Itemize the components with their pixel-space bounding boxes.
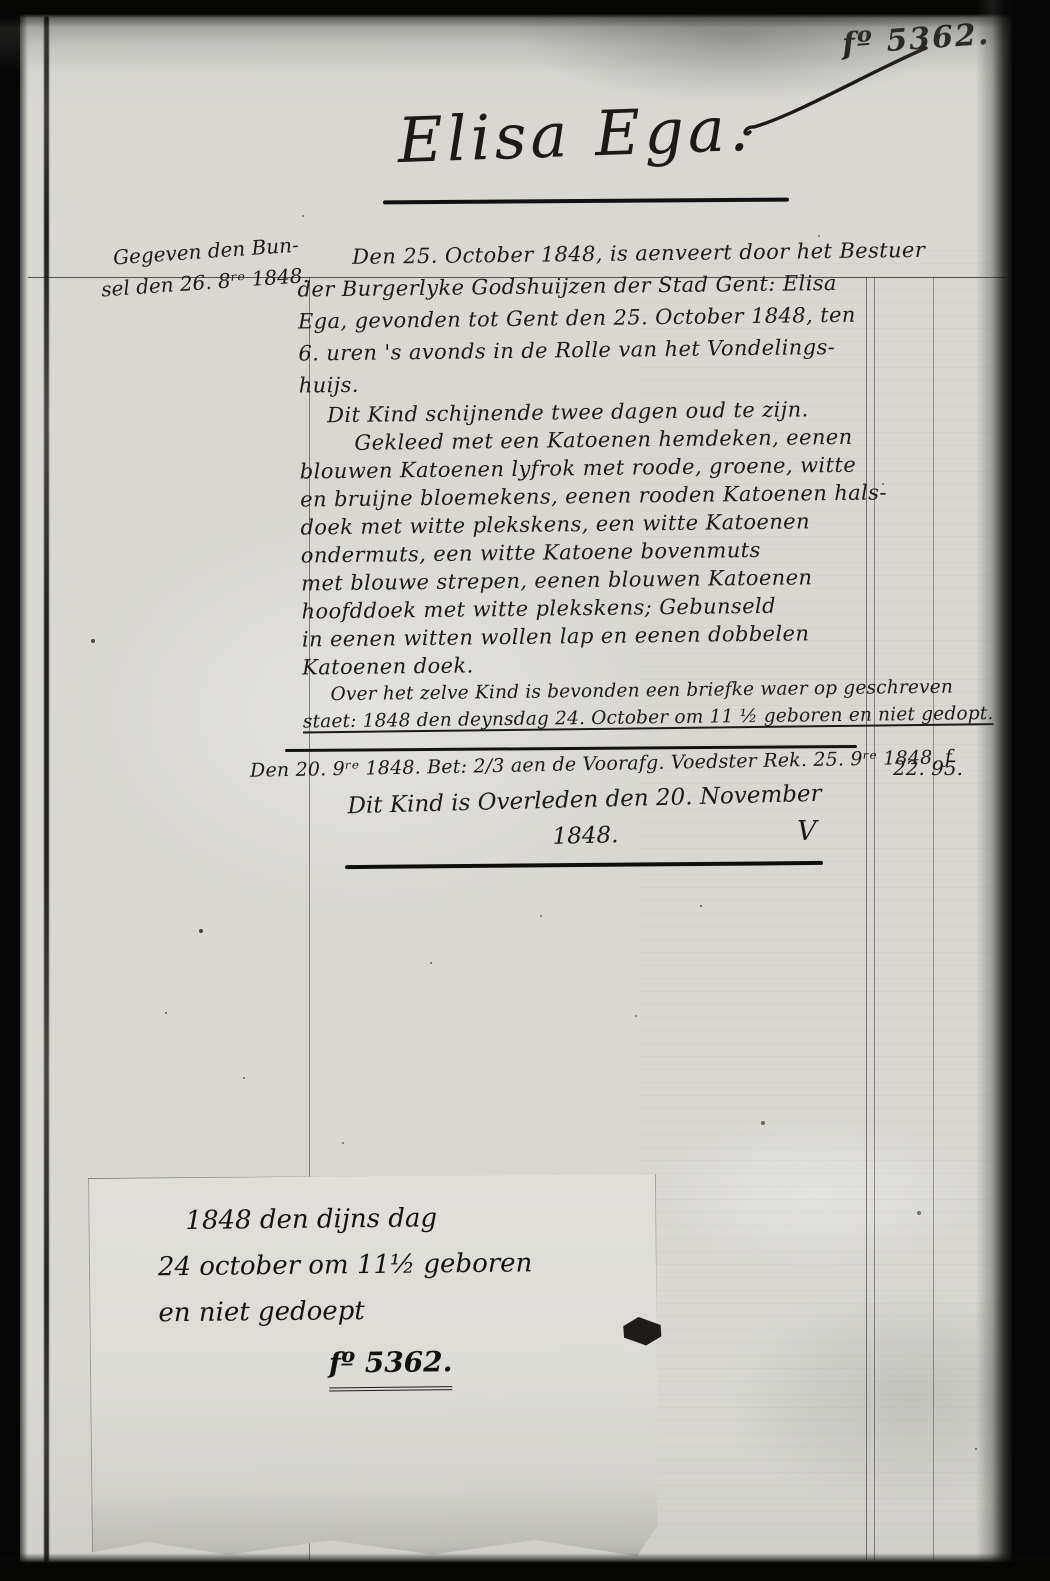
pasted-note: 1848 den dijns dag 24 october om 11½ geb… bbox=[88, 1172, 660, 1562]
death-note: Dit Kind is Overleden den 20. November 1… bbox=[319, 775, 851, 861]
entry-text: Den 25. October 1848, is aenveert door h… bbox=[297, 234, 881, 735]
column-rule-vertical bbox=[933, 277, 934, 1561]
note-folio-number: fº 5362. bbox=[329, 1339, 453, 1391]
pasted-note-text: 1848 den dijns dag 24 october om 11½ geb… bbox=[89, 1173, 657, 1394]
note-line: 1848 den dijns dag bbox=[185, 1193, 655, 1244]
note-line: 24 october om 11½ geboren bbox=[158, 1239, 656, 1290]
entry-paragraph: Dit Kind schijnende twee dagen oud te zi… bbox=[299, 394, 880, 681]
scanned-register-page: fº 5362. Elisa Ega. Gegeven den Bun- sel… bbox=[0, 0, 1050, 1581]
binding-crease bbox=[44, 16, 49, 1562]
entry-paragraph: Over het zelve Kind is bevonden een brie… bbox=[302, 674, 881, 735]
note-line: en niet gedoept bbox=[158, 1285, 656, 1336]
scan-noise-specks bbox=[0, 0, 2, 2]
check-mark: V bbox=[797, 816, 817, 847]
payment-amount: 22. 95. bbox=[893, 756, 963, 780]
entry-paragraph: Den 25. October 1848, is aenveert door h… bbox=[297, 234, 877, 401]
